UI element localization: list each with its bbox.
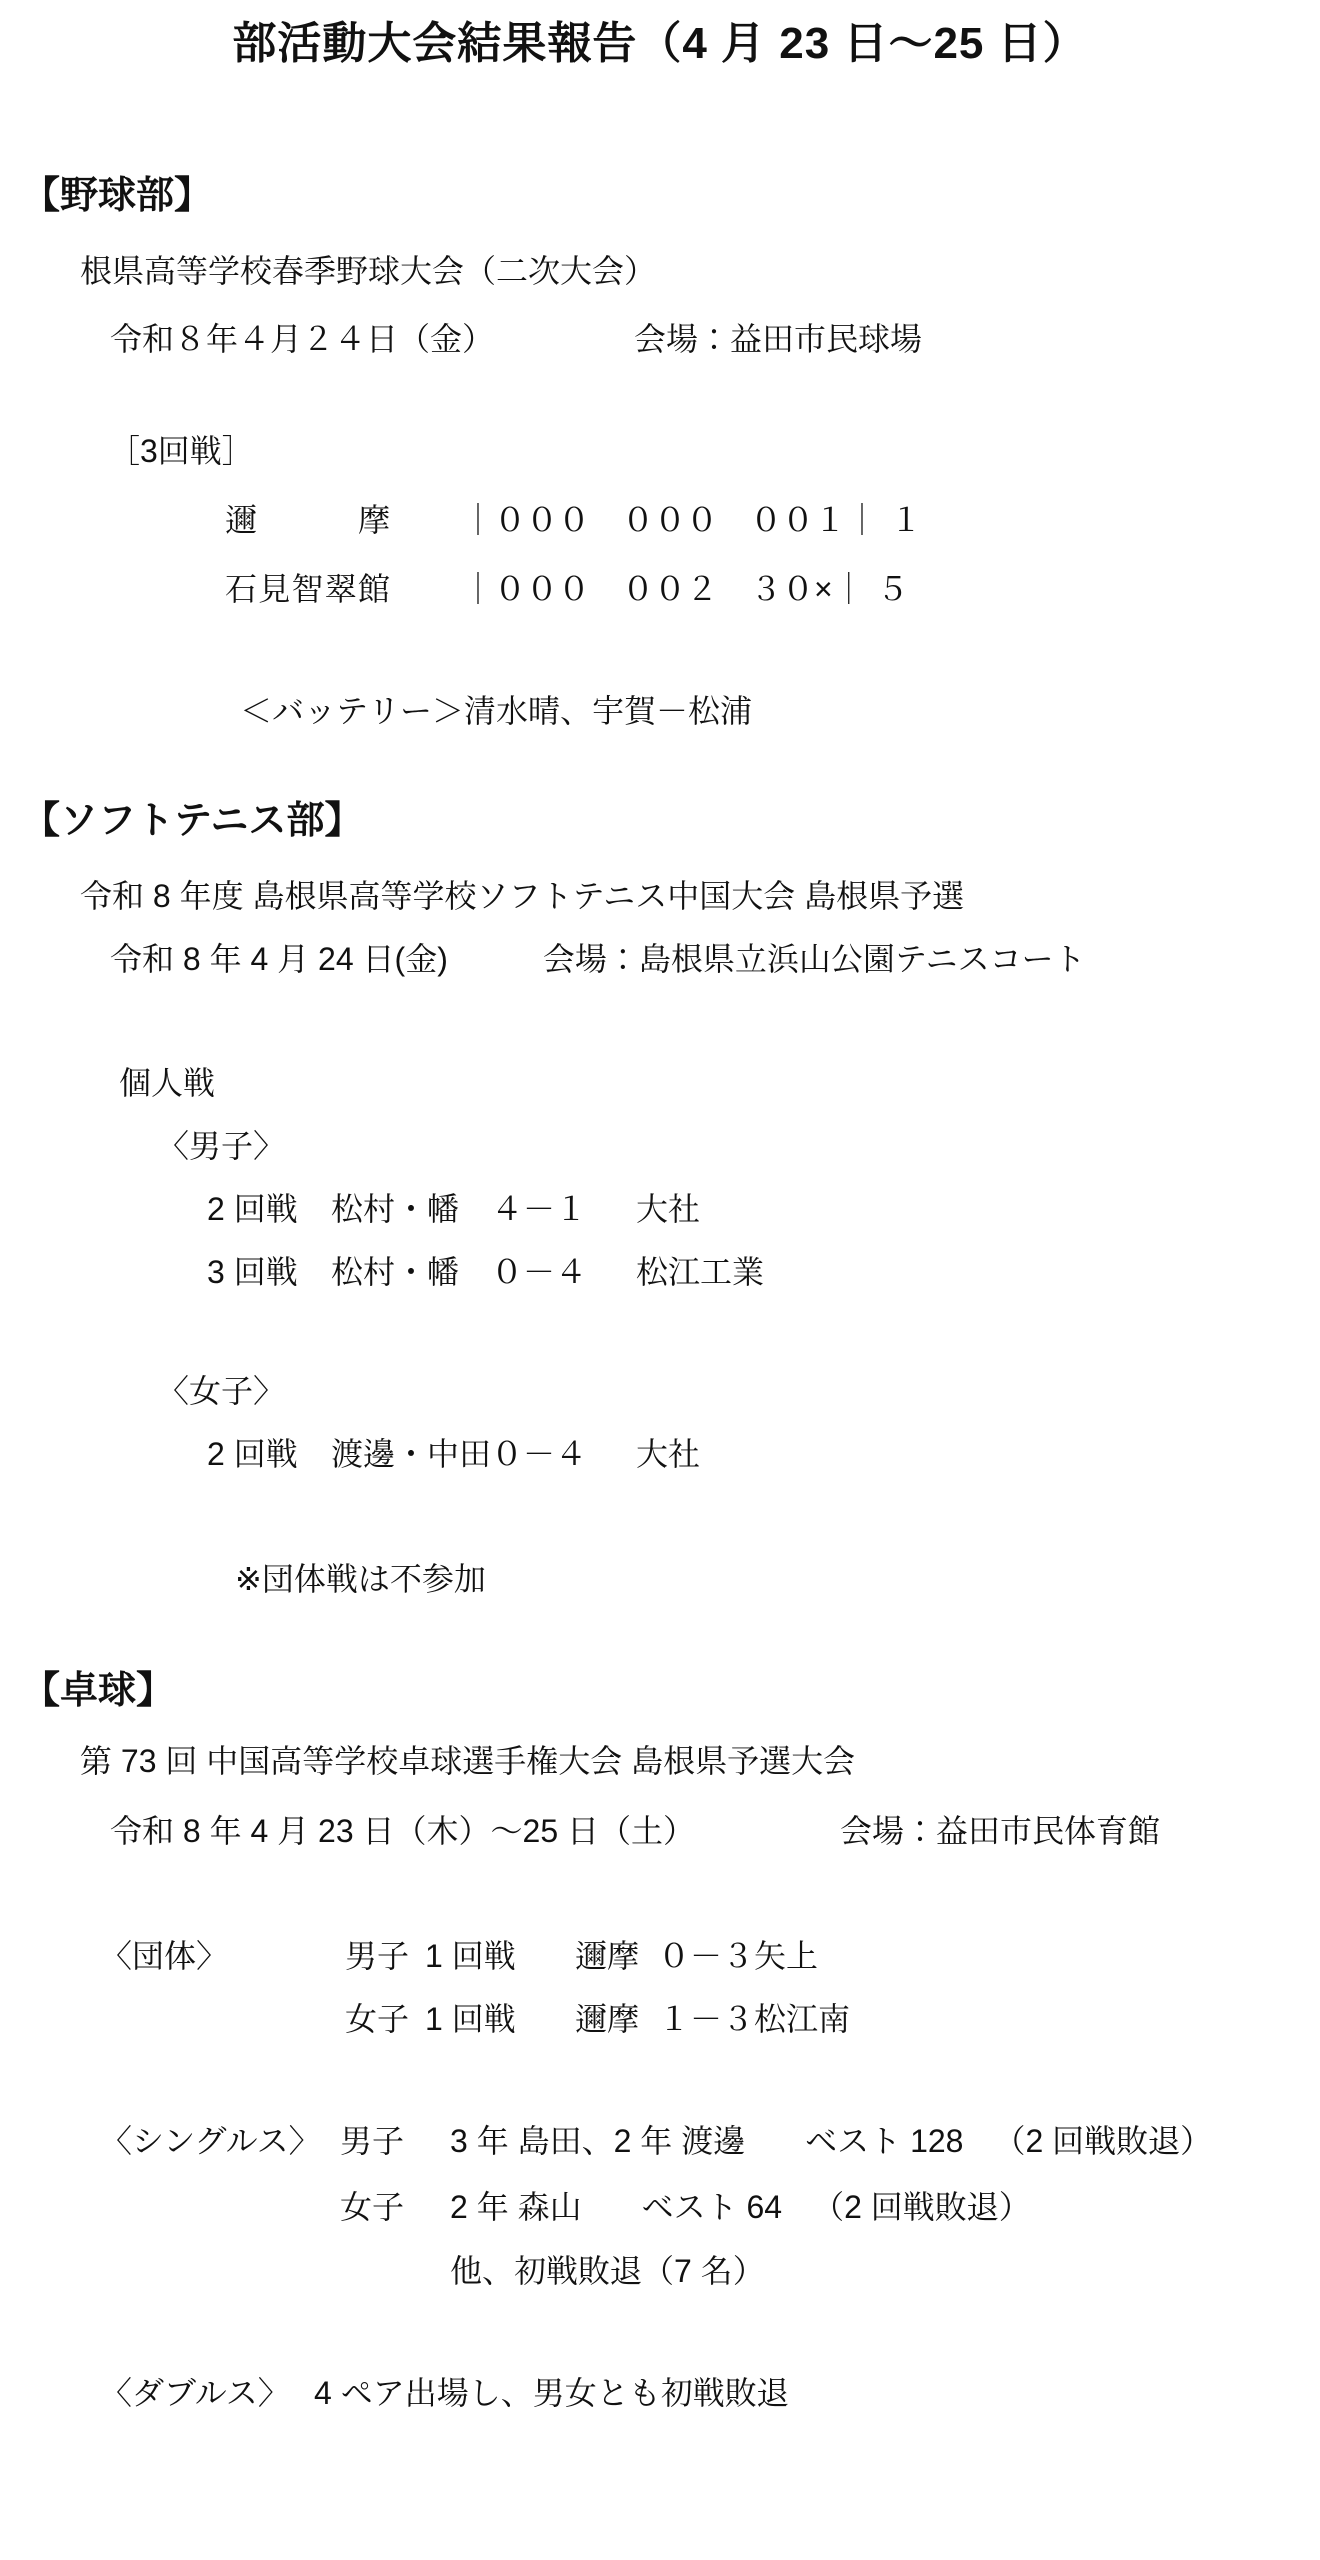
soft-tennis-heading: 【ソフトテニス部】 — [22, 790, 1320, 853]
gender-label: 女子 — [345, 1988, 425, 2051]
match-score: １－３ — [658, 1988, 754, 2051]
opponent-name: 松江工業 — [636, 1241, 764, 1304]
singles-block-label: 〈シングルス〉 — [100, 2110, 340, 2173]
linescore-row: 邇摩 ｜０００ ０００ ００１｜ １ — [225, 489, 1320, 552]
section-table-tennis: 【卓球】 第 73 回 中国高等学校卓球選手権大会 島根県予選大会 令和 8 年… — [0, 1660, 1320, 2425]
baseball-event-name: 根県高等学校春季野球大会（二次大会） — [80, 240, 1320, 303]
singles-result-row: 〈シングルス〉 男子 3 年 島田、2 年 渡邊 ベスト 128 （2 回戦敗退… — [100, 2110, 1320, 2173]
result-note: （2 回戦敗退） — [993, 2110, 1212, 2173]
pair-names: 渡邊・中田 — [331, 1423, 491, 1486]
singles-result-row: 女子 2 年 森山 ベスト 64 （2 回戦敗退） — [100, 2176, 1320, 2239]
team-name: 邇摩 — [575, 1925, 658, 1988]
linescore-row: 石見智翠館 ｜０００ ００２ ３０×｜ ５ — [225, 558, 1320, 621]
group-label-women: 〈女子〉 — [157, 1360, 1320, 1423]
team-block-label: 〈団体〉 — [100, 1925, 345, 1988]
linescore-total: ５ — [877, 558, 909, 621]
doubles-result-text: 4 ペア出場し、男女とも初戦敗退 — [314, 2362, 789, 2425]
section-soft-tennis: 【ソフトテニス部】 令和 8 年度 島根県高等学校ソフトテニス中国大会 島根県予… — [0, 790, 1320, 1611]
round-label: 2 回戦 — [207, 1178, 331, 1241]
table-tennis-event-name: 第 73 回 中国高等学校卓球選手権大会 島根県予選大会 — [80, 1730, 1320, 1793]
round-label: 1 回戦 — [425, 1988, 575, 2051]
table-tennis-venue: 会場：益田市民体育館 — [840, 1800, 1160, 1863]
opponent-name: 大社 — [636, 1178, 700, 1241]
baseball-battery: ＜バッテリー＞清水晴、宇賀－松浦 — [240, 680, 1320, 743]
soft-tennis-date: 令和 8 年 4 月 24 日(金) — [110, 928, 448, 991]
round-label: 3 回戦 — [207, 1241, 331, 1304]
gender-label-spacer — [340, 2240, 450, 2303]
pair-names: 松村・幡 — [331, 1178, 491, 1241]
result-row: 3 回戦 松村・幡 ０－４ 松江工業 — [207, 1241, 1320, 1304]
baseball-date-venue: 令和８年４月２４日（金） 会場：益田市民球場 — [110, 308, 1320, 371]
doubles-result-row: 〈ダブルス〉 4 ペア出場し、男女とも初戦敗退 — [100, 2362, 1320, 2425]
match-score: ０－４ — [491, 1423, 636, 1486]
team-name: 邇摩 — [575, 1988, 658, 2051]
soft-tennis-venue: 会場：島根県立浜山公園テニスコート — [543, 928, 1086, 991]
linescore-team-name: 邇摩 — [225, 489, 390, 552]
singles-result-row: 他、初戦敗退（7 名） — [100, 2240, 1320, 2303]
team-result-row: 〈団体〉 男子 1 回戦 邇摩 ０－３ 矢上 — [100, 1925, 1320, 1988]
soft-tennis-date-venue: 令和 8 年 4 月 24 日(金) 会場：島根県立浜山公園テニスコート — [110, 928, 1320, 991]
match-score: ４－１ — [491, 1178, 636, 1241]
best-result: ベスト 64 — [642, 2176, 783, 2239]
result-row: 2 回戦 松村・幡 ４－１ 大社 — [207, 1178, 1320, 1241]
page-title: 部活動大会結果報告（4 月 23 日～25 日） — [0, 0, 1320, 74]
linescore-innings: ｜０００ ００２ ３０×｜ — [462, 558, 865, 621]
linescore-total: １ — [890, 489, 922, 552]
linescore-innings: ｜０００ ０００ ００１｜ — [462, 489, 878, 552]
doubles-block-label: 〈ダブルス〉 — [100, 2362, 290, 2425]
group-label-men: 〈男子〉 — [157, 1115, 1320, 1178]
gender-label: 男子 — [345, 1925, 425, 1988]
singles-block-label-spacer — [100, 2240, 340, 2303]
table-tennis-date: 令和 8 年 4 月 23 日（木）～25 日（土） — [110, 1800, 695, 1863]
result-note: （2 回戦敗退） — [812, 2176, 1031, 2239]
round-label: 1 回戦 — [425, 1925, 575, 1988]
other-results: 他、初戦敗退（7 名） — [450, 2240, 765, 2303]
section-baseball: 【野球部】 根県高等学校春季野球大会（二次大会） 令和８年４月２４日（金） 会場… — [0, 165, 1320, 743]
singles-block-label-spacer — [100, 2176, 340, 2239]
soft-tennis-note: ※団体戦は不参加 — [235, 1548, 1320, 1611]
opponent-name: 矢上 — [754, 1925, 818, 1988]
gender-label: 女子 — [340, 2176, 450, 2239]
match-score: ０－３ — [658, 1925, 754, 1988]
baseball-round-label: ［3回戦］ — [108, 420, 1320, 483]
soft-tennis-category: 個人戦 — [119, 1052, 1320, 1115]
report-document: 部活動大会結果報告（4 月 23 日～25 日） 【野球部】 根県高等学校春季野… — [0, 0, 1320, 2560]
opponent-name: 大社 — [636, 1423, 700, 1486]
round-label: 2 回戦 — [207, 1423, 331, 1486]
baseball-date: 令和８年４月２４日（金） — [110, 308, 494, 371]
table-tennis-heading: 【卓球】 — [22, 1660, 1320, 1723]
soft-tennis-event-name: 令和 8 年度 島根県高等学校ソフトテニス中国大会 島根県予選 — [80, 865, 1320, 928]
match-score: ０－４ — [491, 1241, 636, 1304]
player-names: 2 年 森山 — [450, 2176, 582, 2239]
player-names: 3 年 島田、2 年 渡邊 — [450, 2110, 745, 2173]
baseball-heading: 【野球部】 — [22, 165, 1320, 228]
linescore-team-name: 石見智翠館 — [225, 558, 390, 621]
baseball-venue: 会場：益田市民球場 — [634, 308, 922, 371]
opponent-name: 松江南 — [754, 1988, 850, 2051]
result-row: 2 回戦 渡邊・中田 ０－４ 大社 — [207, 1423, 1320, 1486]
table-tennis-date-venue: 令和 8 年 4 月 23 日（木）～25 日（土） 会場：益田市民体育館 — [110, 1800, 1320, 1863]
team-block-label-spacer — [100, 1988, 345, 2051]
best-result: ベスト 128 — [805, 2110, 963, 2173]
pair-names: 松村・幡 — [331, 1241, 491, 1304]
gender-label: 男子 — [340, 2110, 450, 2173]
team-result-row: 女子 1 回戦 邇摩 １－３ 松江南 — [100, 1988, 1320, 2051]
